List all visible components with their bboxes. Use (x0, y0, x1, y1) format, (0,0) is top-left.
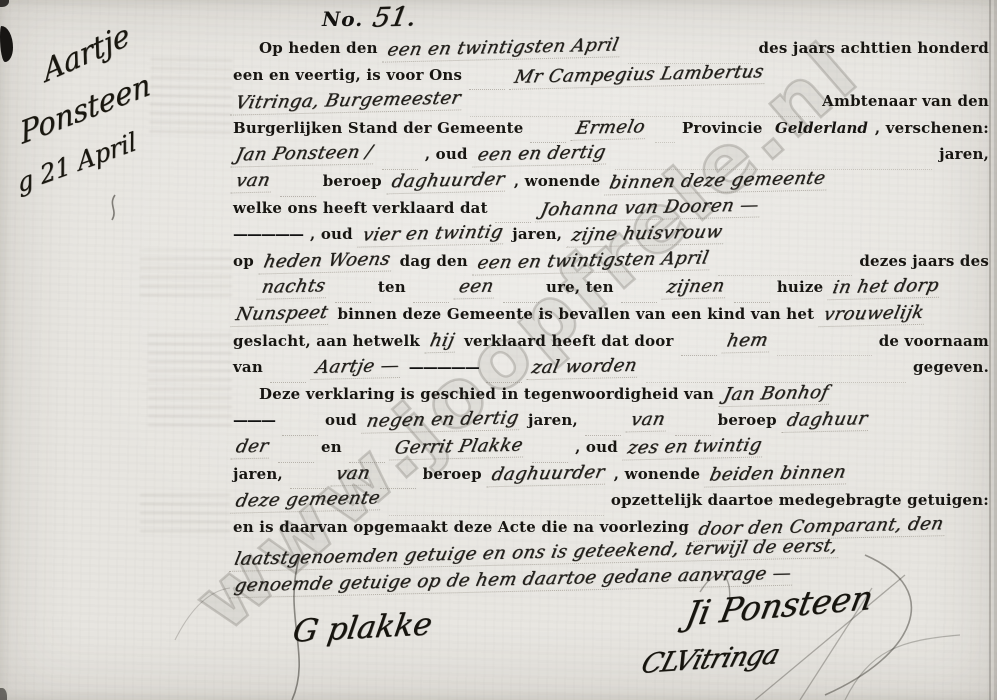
dotted-fill-stretch (389, 502, 604, 516)
printed-form-text: huize (777, 278, 824, 296)
act-number-value: 51. (370, 1, 419, 33)
handwritten-text: een (453, 276, 498, 300)
printed-form-text: , wonende (614, 465, 701, 483)
printed-form-text: beroep (423, 465, 482, 483)
handwritten-text: heden Woens (258, 248, 395, 274)
dotted-fill-gap (335, 289, 371, 303)
handwritten-text: Jan Ponsteen / (230, 142, 377, 168)
dotted-fill-gap (503, 289, 539, 303)
printed-form-text: geslacht, aan hetwelk (233, 332, 420, 350)
scan-corner-mark (0, 0, 9, 7)
printed-form-text: , oud (575, 438, 618, 456)
printed-form-text: van (233, 358, 263, 376)
handwritten-text: een en twintigsten April (472, 247, 714, 275)
body-line: een en veertig, is voor OnsMr Campegius … (233, 64, 989, 91)
handwritten-text: Mr Campegius Lambertus (509, 61, 769, 90)
printed-form-text: , oud (425, 145, 468, 163)
handwritten-text: Gerrit Plakke (389, 434, 528, 460)
handwritten-text: zal worden (526, 355, 642, 380)
printed-form-text: des jaars achttien honderd (758, 39, 989, 57)
body-line: Burgerlijken Stand der GemeenteErmeloPro… (233, 117, 989, 144)
handwritten-text: zijne huisvrouw (566, 221, 727, 248)
handwritten-text: van (625, 409, 670, 433)
handwritten-text: nachts (256, 276, 330, 301)
body-line: welke ons heeft verklaard datJohanna van… (233, 197, 989, 224)
act-number-label: No. (322, 7, 363, 31)
handwritten-text: daghuurder (386, 169, 509, 195)
body-line: nachtsteneenure, tenzijnenhuizein het do… (233, 276, 989, 303)
printed-form-text: de voornaam (879, 332, 989, 350)
printed-form-text: beroep (323, 172, 382, 190)
printed-form-text: jaren, (233, 465, 283, 483)
dotted-fill-gap (681, 342, 717, 356)
page-edge-line (989, 0, 991, 700)
scan-edge-mark (0, 688, 7, 700)
ink-bleedthrough (148, 330, 232, 426)
handwritten-text: zijnen (661, 276, 729, 300)
printed-form-text: opzettelijk daartoe medegebragte getuige… (611, 491, 989, 509)
printed-form-text: dag den (400, 252, 468, 270)
handwritten-text: deze gemeente (230, 487, 385, 513)
body-line: jaren,vanberoepdaghuurder, wonendebeiden… (233, 463, 989, 490)
printed-form-text: Op heden den (259, 39, 378, 57)
printed-form-text: jaren, (512, 225, 562, 243)
handwritten-text: vier en twintig (357, 222, 508, 248)
act-number-header: No. 51. (322, 2, 416, 33)
handwritten-text: daghuur (781, 408, 872, 433)
ink-bleedthrough (149, 54, 232, 133)
body-line: laatstgenoemden getuige en ons is geteek… (233, 542, 989, 569)
body-line: opheden Woensdag deneen en twintigsten A… (233, 250, 989, 277)
printed-form-text: gegeven. (913, 358, 989, 376)
dotted-fill-gap (734, 289, 770, 303)
handwritten-text: vrouwelijk (819, 302, 930, 327)
handwritten-text: Aartje — (310, 355, 404, 380)
handwritten-text: Jan Bonhof (718, 381, 833, 406)
body-line: Jan Ponsteen /, oudeen en dertigjaren, (233, 143, 989, 170)
dotted-fill-gap (675, 422, 711, 436)
handwritten-text: binnen deze gemeente (604, 167, 830, 195)
scan-edge-blot (0, 26, 13, 62)
act-body-text: Op heden deneen en twintigsten Aprildes … (233, 37, 989, 595)
dotted-fill-gap (280, 183, 316, 197)
printed-form-text: , verschenen: (875, 119, 989, 137)
handwritten-text: in het dorp (828, 275, 945, 301)
dotted-fill-gap (530, 129, 566, 143)
filled-dash-rule: ————— (409, 358, 479, 376)
printed-form-text: en (321, 438, 342, 456)
body-line: geslacht, aan hetwelkhijverklaard heeft … (233, 330, 989, 357)
body-line: —————, oudvier en twintigjaren,zijne hui… (233, 223, 989, 250)
filled-dash-rule: ————— (233, 225, 303, 243)
body-line: en is daarvan opgemaakt deze Acte die na… (233, 516, 989, 543)
handwritten-text: Ermelo (571, 116, 651, 141)
handwritten-text: een en dertig (472, 142, 611, 168)
printed-form-text: en is daarvan opgemaakt deze Acte die na… (233, 518, 689, 536)
printed-form-text: op (233, 252, 254, 270)
handwritten-text: Johanna van Dooren — (535, 194, 764, 222)
handwritten-text: der (231, 435, 274, 459)
printed-form-text: beroep (718, 411, 777, 429)
printed-form-text: Ambtenaar van den (822, 92, 989, 110)
handwritten-text: Nunspeet (230, 302, 333, 327)
body-line: genoemde getuige op de hem daartoe gedan… (233, 569, 989, 596)
body-line: Deze verklaring is geschied in tegenwoor… (233, 383, 989, 410)
printed-form-text: verklaard heeft dat door (464, 332, 673, 350)
handwritten-text: hij (425, 329, 460, 353)
body-line: Nunspeetbinnen deze Gemeente is bevallen… (233, 303, 989, 330)
dotted-fill-gap (532, 449, 568, 463)
dotted-fill-stretch (470, 103, 815, 117)
printed-form-text: welke ons heeft verklaard dat (233, 199, 488, 217)
handwritten-text: zes en twintig (622, 434, 767, 460)
printed-form-text: Burgerlijken Stand der Gemeente (233, 119, 523, 137)
dotted-fill-gap (486, 369, 522, 383)
printed-form-text: ten (378, 278, 406, 296)
handwritten-text: van (330, 462, 375, 486)
body-line: derenGerrit Plakke, oudzes en twintig (233, 436, 989, 463)
dotted-fill-stretch (718, 262, 853, 276)
dotted-fill-gap (270, 369, 306, 383)
ink-bleedthrough (140, 492, 230, 532)
dotted-fill-gap (349, 449, 385, 463)
printed-form-text: binnen deze Gemeente is bevallen van een… (337, 305, 814, 323)
handwritten-text: hem (721, 329, 773, 353)
printed-form-text: een en veertig, is voor Ons (233, 66, 462, 84)
body-line: vanAartje ——————zal wordengegeven. (233, 356, 989, 383)
handwritten-text: van (231, 170, 276, 194)
handwritten-text: beiden binnen (705, 461, 852, 487)
dotted-fill-gap (282, 422, 318, 436)
dotted-fill-gap (278, 449, 314, 463)
signature-registrar: CLVitringa (638, 639, 783, 680)
dotted-fill-gap (290, 475, 326, 489)
body-line: deze gemeenteopzettelijk daartoe medegeb… (233, 489, 989, 516)
printed-form-text: jaren, (528, 411, 578, 429)
dotted-fill-stretch (655, 129, 675, 143)
printed-form-text: oud (325, 411, 357, 429)
dotted-fill-gap (469, 76, 505, 90)
handwritten-text: daghuurder (486, 461, 609, 487)
dotted-fill-gap (585, 422, 621, 436)
handwritten-text: negen en dertig (361, 408, 524, 435)
dotted-fill-gap (621, 289, 657, 303)
printed-form-text-italic: Gelderland (775, 119, 868, 137)
handwritten-text: Vitringa, Burgemeester (230, 88, 466, 116)
dotted-fill-stretch (777, 342, 872, 356)
body-line: vanberoepdaghuurder, wonendebinnen deze … (233, 170, 989, 197)
ink-bleedthrough (140, 250, 232, 296)
printed-form-text: ure, ten (546, 278, 614, 296)
printed-form-text: , wonende (514, 172, 601, 190)
dotted-fill-gap (413, 289, 449, 303)
printed-form-text: , oud (310, 225, 353, 243)
printed-form-text: Deze verklaring is geschied in tegenwoor… (259, 385, 714, 403)
filled-dash-rule: ——— (233, 411, 275, 429)
handwritten-text: een en twintigsten April (382, 34, 624, 62)
body-line: ———oudnegen en dertigjaren,vanberoepdagh… (233, 409, 989, 436)
printed-form-text: Provincie (682, 119, 768, 137)
body-line: Vitringa, BurgemeesterAmbtenaar van den (233, 90, 989, 117)
scanned-birth-record: www.joopfrele.nl Aartje Ponsteen g 21 Ap… (0, 0, 997, 700)
dotted-fill-gap (382, 156, 418, 170)
printed-form-text: dezes jaars des (859, 252, 989, 270)
printed-form-text: jaren, (939, 145, 989, 163)
body-line: Op heden deneen en twintigsten Aprildes … (233, 37, 989, 64)
signature-witness-plakke: G plakke (290, 606, 434, 650)
dotted-fill-stretch (646, 369, 906, 383)
